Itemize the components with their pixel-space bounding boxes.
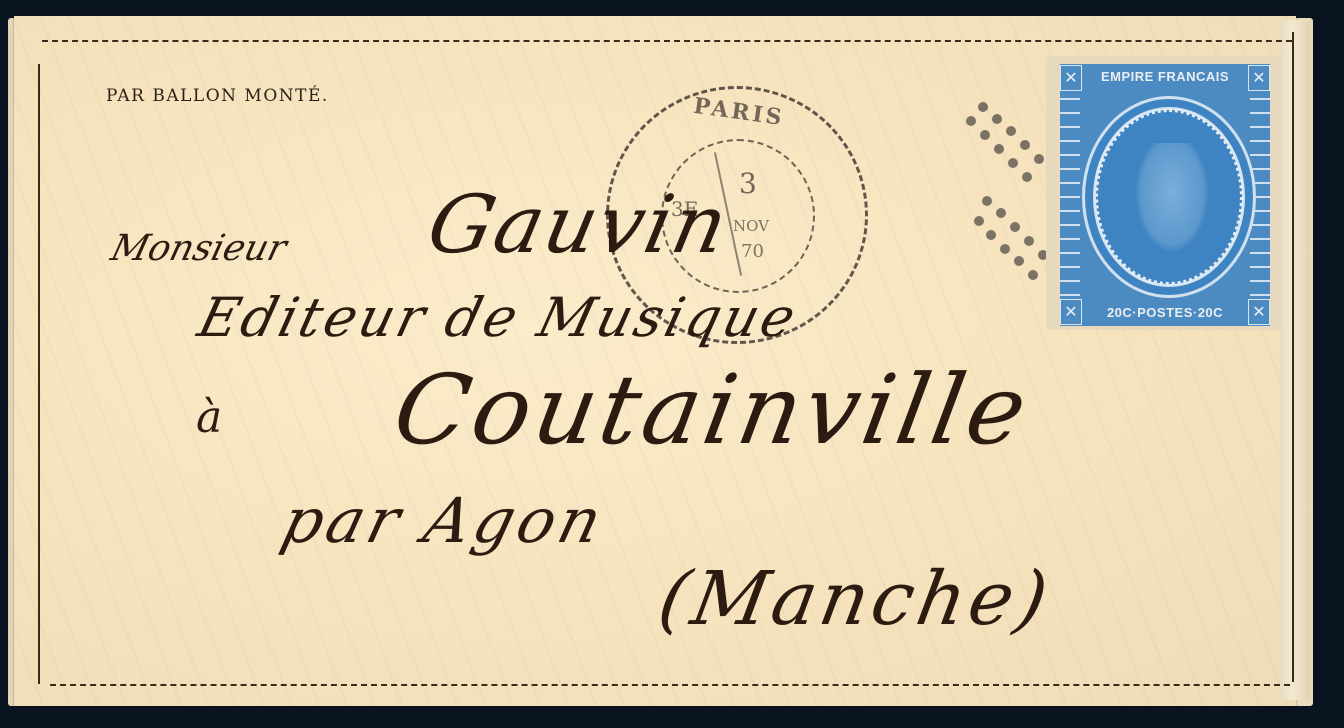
stamp-corner-icon: ✕ bbox=[1248, 299, 1270, 325]
postmark-day: 3 bbox=[739, 167, 757, 200]
portrait-medallion bbox=[1082, 96, 1256, 298]
border-rule-left bbox=[38, 64, 40, 684]
address-via: par Agon bbox=[275, 484, 613, 557]
border-rule-bottom bbox=[50, 684, 1290, 686]
address-salutation: Monsieur bbox=[107, 228, 291, 269]
postage-stamp: EMPIRE FRANCAIS ✕ ✕ 20C·POSTES·20C ✕ ✕ bbox=[1046, 56, 1282, 330]
address-preposition: à bbox=[196, 392, 222, 443]
printed-header: PAR BALLON MONTÉ. bbox=[106, 86, 329, 106]
address-surname: Gauvin bbox=[420, 178, 737, 271]
napoleon-head-icon bbox=[1135, 143, 1209, 253]
postmark-month: NOV bbox=[733, 217, 769, 235]
stamp-corner-icon: ✕ bbox=[1248, 65, 1270, 91]
stamp-corner-icon: ✕ bbox=[1060, 65, 1082, 91]
right-fold bbox=[1280, 20, 1310, 700]
border-rule-top bbox=[42, 40, 1292, 42]
border-rule-right bbox=[1292, 32, 1294, 682]
postmark-city: PARIS bbox=[678, 91, 800, 133]
stamp-design: EMPIRE FRANCAIS ✕ ✕ 20C·POSTES·20C ✕ ✕ bbox=[1060, 64, 1270, 326]
stamp-bottom-text: 20C·POSTES·20C bbox=[1060, 300, 1270, 326]
address-department: (Manche) bbox=[652, 556, 1057, 642]
address-occupation: Editeur de Musique bbox=[192, 286, 804, 349]
postmark-year: 70 bbox=[741, 241, 764, 262]
greek-key-border-left bbox=[1060, 92, 1080, 298]
stamp-top-text: EMPIRE FRANCAIS bbox=[1060, 64, 1270, 90]
address-town: Coutainville bbox=[386, 354, 1038, 466]
stamp-corner-icon: ✕ bbox=[1060, 299, 1082, 325]
